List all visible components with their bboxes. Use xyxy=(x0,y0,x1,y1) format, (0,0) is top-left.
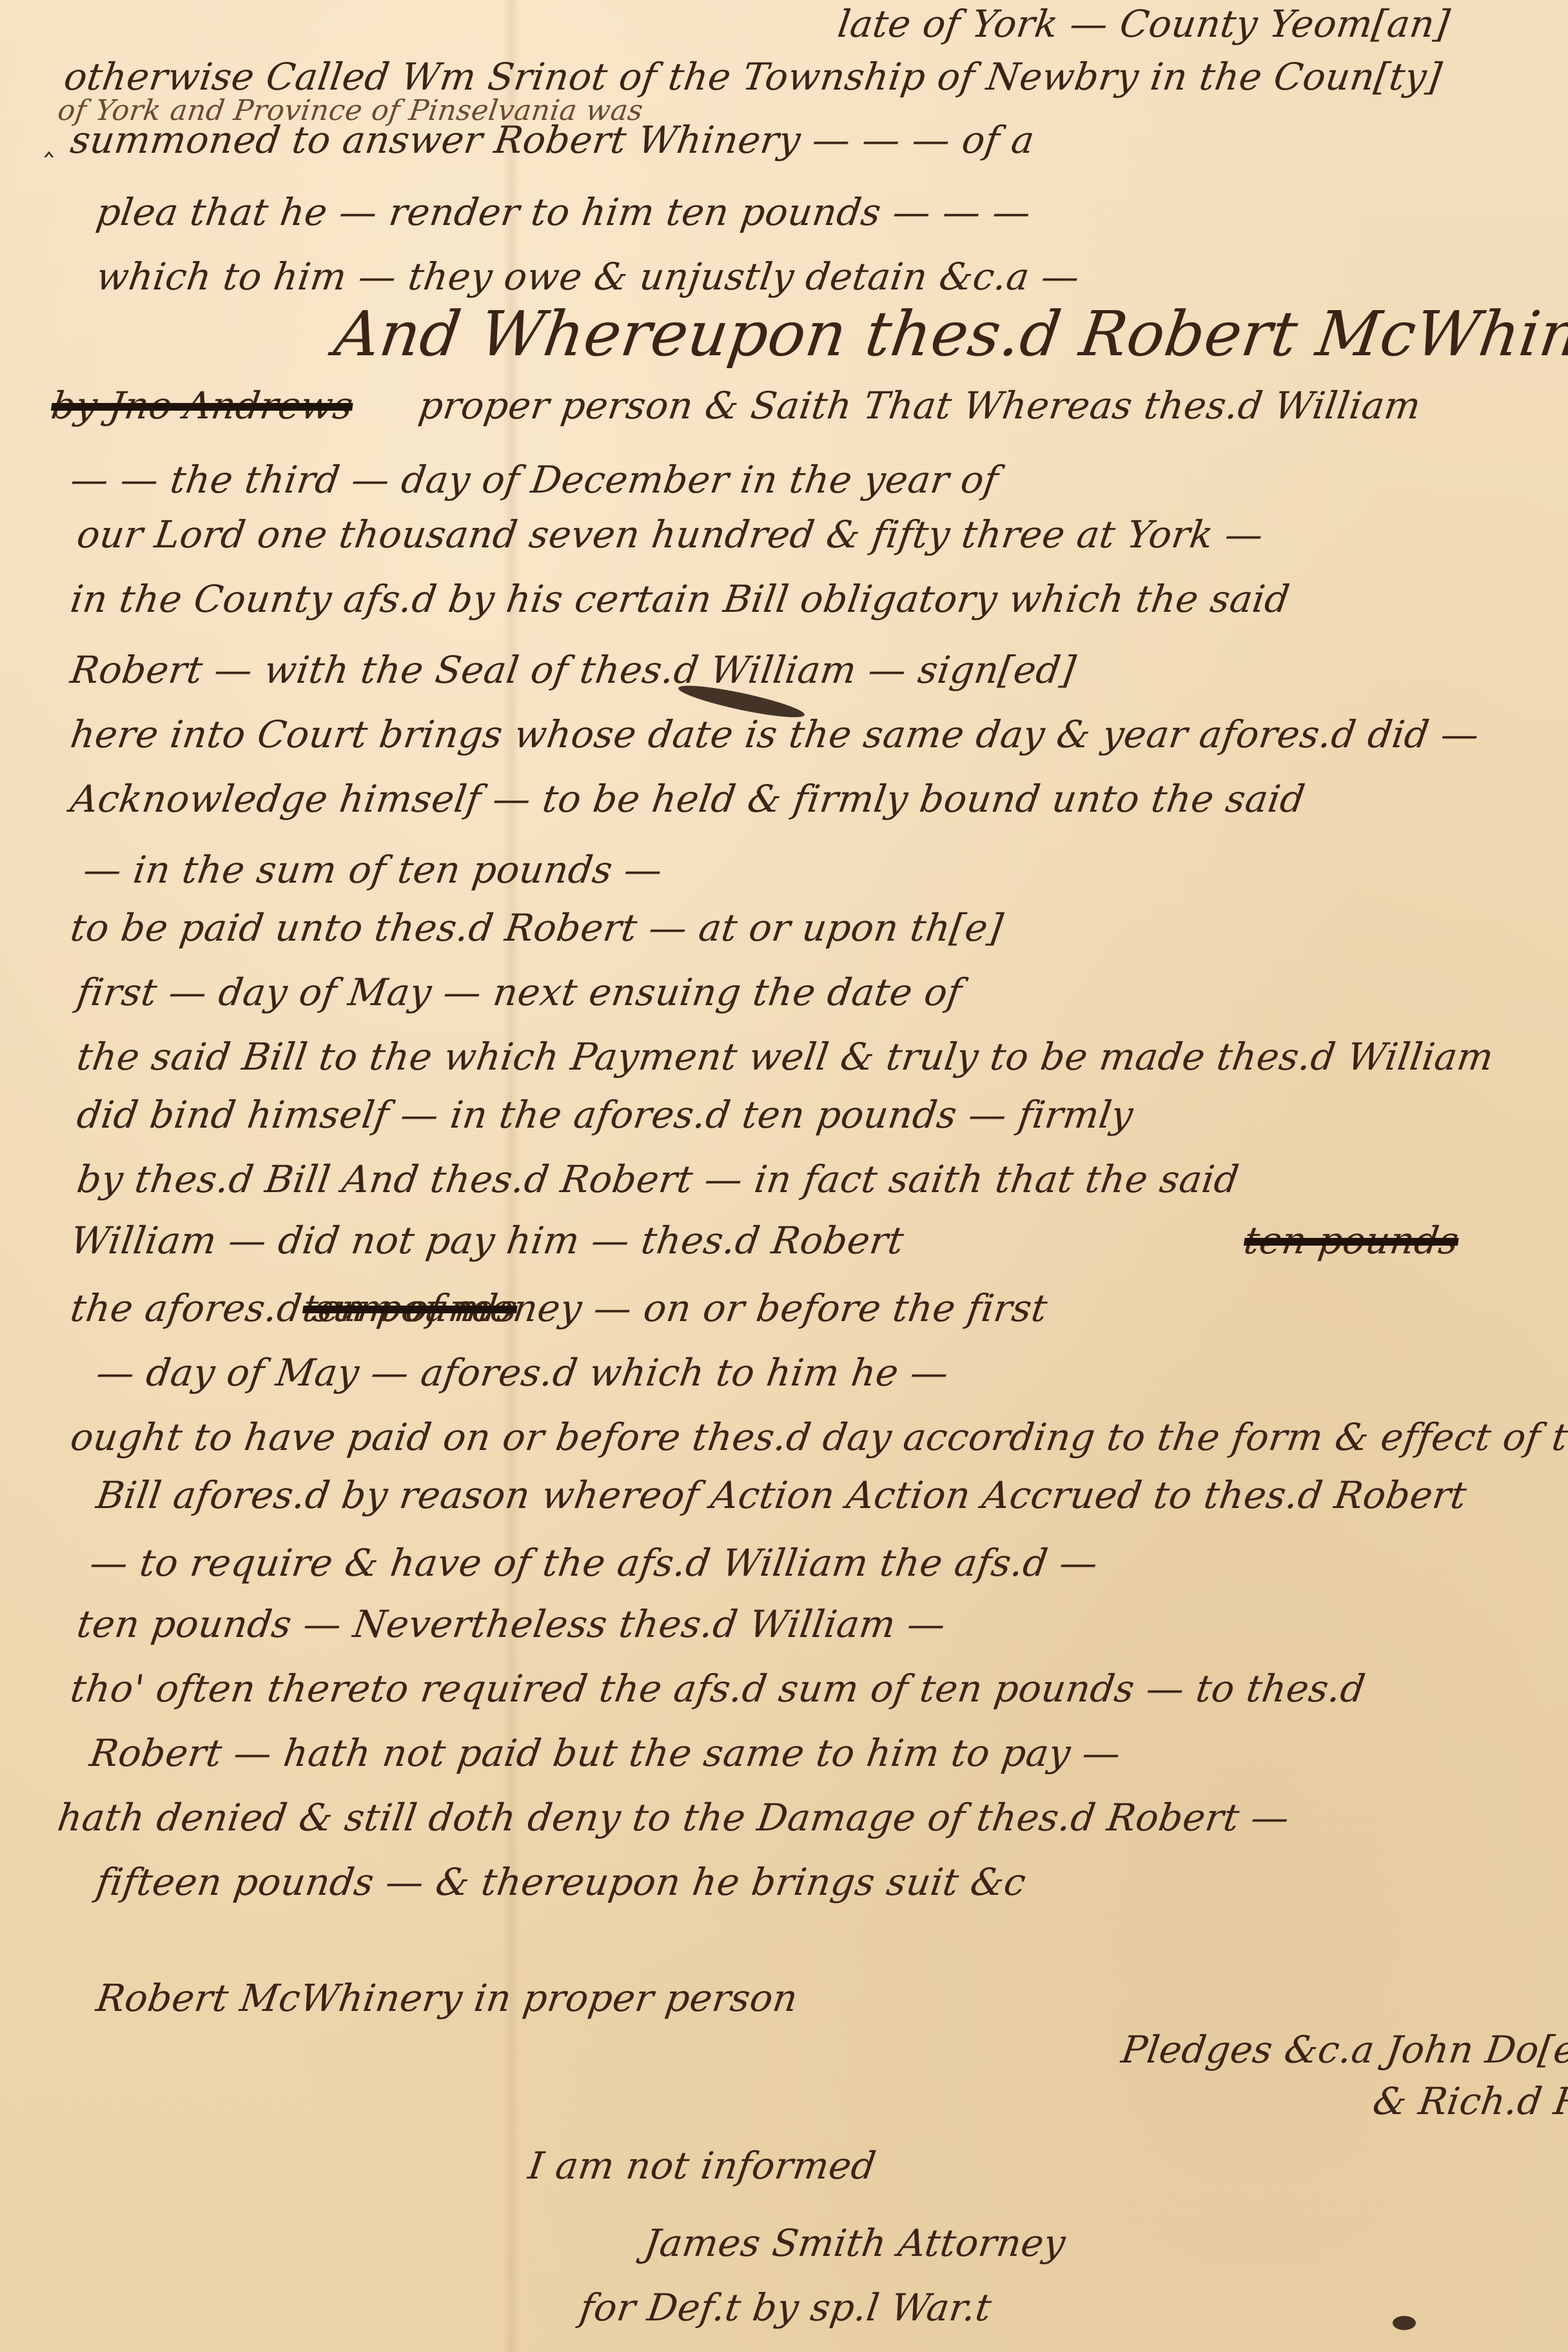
text-line-15: to be paid unto thes.d Robert — at or up… xyxy=(68,909,1005,946)
ink-blot xyxy=(1393,2316,1416,2330)
document-page: late of York — County Yeom[an] otherwise… xyxy=(0,0,1568,2352)
text-line-3: summoned to answer Robert Whinery — — — … xyxy=(68,121,1037,159)
text-line-14: — in the sum of ten pounds — xyxy=(81,851,665,888)
text-line-7: proper person & Saith That Whereas thes.… xyxy=(416,387,1423,424)
text-line-17: the said Bill to the which Payment well … xyxy=(75,1038,1496,1075)
text-line-24: Bill afores.d by reason whereof Action A… xyxy=(94,1476,1469,1514)
pledges-second-name: & Rich.d Ro[e] xyxy=(1371,2082,1568,2120)
text-line-20: William — did not pay him — thes.d Rober… xyxy=(68,1222,906,1259)
defense-note: I am not informed xyxy=(526,2147,879,2184)
text-line-21: the afores.d sum of money — on or before… xyxy=(68,1289,1050,1327)
attorney-signature: James Smith Attorney xyxy=(642,2224,1068,2262)
text-line-23: ought to have paid on or before thes.d d… xyxy=(68,1418,1568,1456)
attorney-capacity: for Def.t by sp.l War.t xyxy=(578,2289,994,2326)
text-line-5: which to him — they owe & unjustly detai… xyxy=(94,258,1082,295)
text-line-16: first — day of May — next ensuing the da… xyxy=(75,974,965,1011)
struck-text-20: ten pounds xyxy=(1242,1222,1461,1259)
struck-text-7: by Jno Andrews xyxy=(49,387,355,424)
text-line-4: plea that he — render to him ten pounds … xyxy=(94,193,1034,231)
plaintiff-signature: Robert McWhinery in proper person xyxy=(94,1979,800,2017)
text-line-18: did bind himself — in the afores.d ten p… xyxy=(75,1096,1135,1133)
text-line-28: Robert — hath not paid but the same to h… xyxy=(88,1734,1123,1772)
text-line-10: in the County afs.d by his certain Bill … xyxy=(68,580,1292,618)
text-line-26: ten pounds — Nevertheless thes.d William… xyxy=(75,1605,948,1643)
text-line-30: fifteen pounds — & thereupon he brings s… xyxy=(94,1863,1028,1901)
text-line-25: — to require & have of the afs.d William… xyxy=(88,1544,1100,1582)
text-line-6-heading: And Whereupon thes.d Robert McWhinery in xyxy=(331,303,1568,365)
text-line-9: our Lord one thousand seven hundred & fi… xyxy=(75,516,1266,553)
text-line-0: late of York — County Yeom[an] xyxy=(836,5,1452,43)
pledges-line: Pledges &c.a John Do[e] xyxy=(1119,2031,1568,2068)
text-line-1: otherwise Called Wm Srinot of the Townsh… xyxy=(62,58,1444,95)
text-line-29: hath denied & still doth deny to the Dam… xyxy=(55,1799,1292,1836)
text-line-27: tho' often thereto required the afs.d su… xyxy=(68,1670,1367,1707)
text-line-12: here into Court brings whose date is the… xyxy=(68,716,1482,753)
text-line-11: Robert — with the Seal of thes.d William… xyxy=(68,651,1078,689)
text-line-22: — day of May — afores.d which to him he … xyxy=(94,1354,951,1391)
insertion-caret: ‸ xyxy=(44,122,54,157)
text-line-19: by thes.d Bill And thes.d Robert — in fa… xyxy=(75,1161,1241,1198)
text-line-8: — — the third — day of December in the y… xyxy=(68,461,1001,498)
struck-text-21: ten pounds xyxy=(300,1289,520,1327)
text-line-13: Acknowledge himself — to be held & firml… xyxy=(68,780,1308,818)
